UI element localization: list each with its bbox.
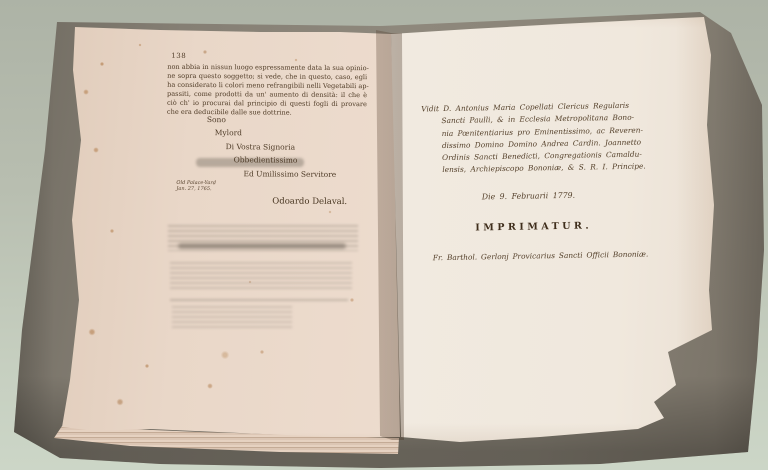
valediction-line: Mylord — [215, 128, 242, 137]
photo-of-open-book: 138 non abbia in nissun luogo espressame… — [0, 0, 768, 470]
left-page-text: 138 non abbia in nissun luogo espressame… — [1, 0, 768, 4]
censor-approval-paragraph: Vidit D. Antonius Maria Copellati Cleric… — [421, 100, 646, 178]
page-number: 138 — [171, 52, 186, 60]
ghost-rule-line — [170, 299, 348, 301]
valediction-line: Sono — [207, 115, 226, 124]
imprimatur-date: Die 9. Februarii 1779. — [482, 191, 575, 202]
ghost-text-block — [172, 306, 292, 328]
left-page-paragraph: non abbia in nissun luogo espressamente … — [167, 63, 367, 118]
paragraph-line: che era deducibile dalle sue dottrine. — [167, 108, 367, 118]
valediction-line: Ed Umilissimo Servitore — [243, 169, 336, 179]
valediction-line: Obbedientissimo — [234, 155, 298, 164]
place-date-side-note: Old Palace-Yard Jan. 27, 1765. — [176, 181, 216, 192]
valediction-line: Di Vostra Signoria — [226, 142, 296, 151]
author-signature: Odoardo Delaval. — [272, 197, 347, 208]
ink-smear — [178, 243, 346, 249]
imprimatur-heading: IMPRIMATUR. — [475, 220, 592, 233]
right-page-text: Vidit D. Antonius Maria Copellati Cleric… — [0, 0, 765, 10]
ghost-text-block — [170, 262, 352, 290]
